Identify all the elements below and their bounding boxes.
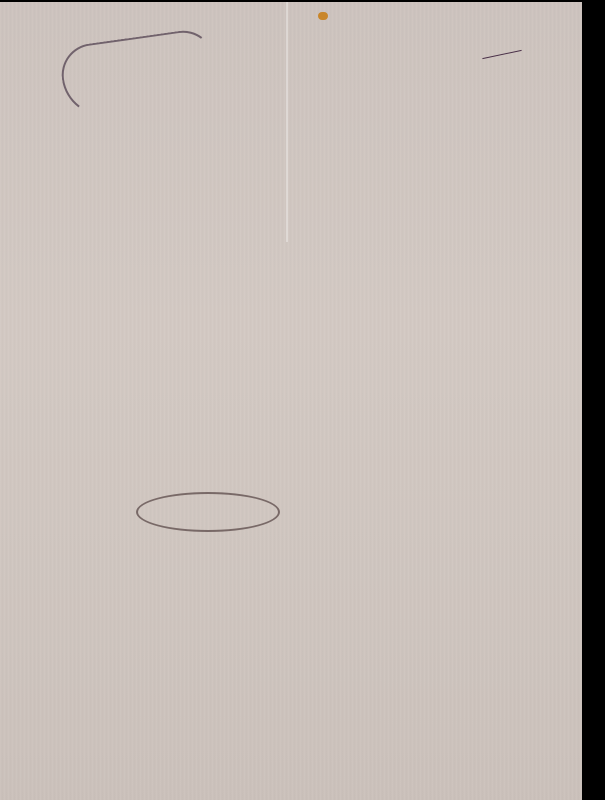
paper-fold: [286, 2, 288, 242]
document-page: [0, 2, 582, 800]
signature-flourish: [136, 492, 280, 532]
folio-underline: [482, 50, 521, 59]
initial-flourish: [58, 27, 221, 122]
wax-seal-trace: [318, 12, 328, 20]
